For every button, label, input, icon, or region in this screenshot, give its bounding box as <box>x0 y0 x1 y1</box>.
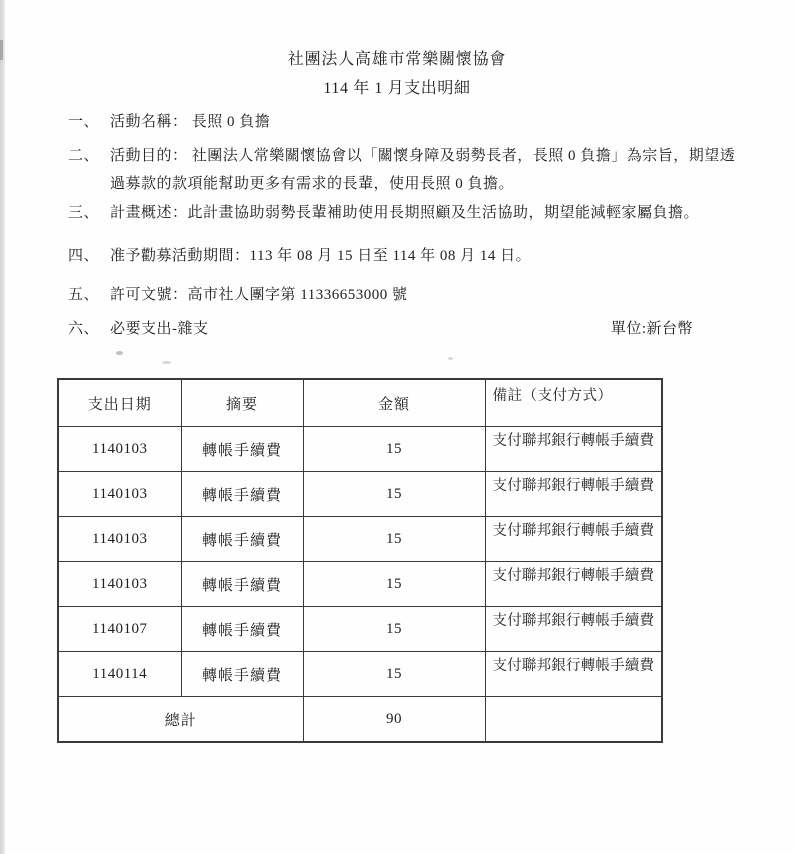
cell-summary: 轉帳手續費 <box>181 517 303 562</box>
item-text: 許可文號：高市社人團字第 11336653000 號 <box>110 281 407 309</box>
table-header-row: 支出日期 摘要 金額 備註（支付方式） <box>58 379 662 427</box>
item-text: 准予勸募活動期間：113 年 08 月 15 日至 114 年 08 月 14 … <box>110 242 531 270</box>
cell-summary: 轉帳手續費 <box>181 607 303 652</box>
item-marker: 一、 <box>68 108 110 136</box>
col-header-summary: 摘要 <box>181 379 303 427</box>
cell-date: 1140103 <box>58 427 181 472</box>
list-item-activity-purpose: 二、 活動目的： 社團法人常樂關懷協會以「關懷身障及弱勢長者，長照 0 負擔」為… <box>68 142 735 198</box>
cell-amount: 15 <box>303 562 485 607</box>
cell-remark: 支付聯邦銀行轉帳手續費 <box>485 472 662 517</box>
col-header-remark: 備註（支付方式） <box>485 379 662 427</box>
table-row: 1140103 轉帳手續費 15 支付聯邦銀行轉帳手續費 <box>58 427 662 472</box>
item-marker: 六、 <box>68 315 110 343</box>
cell-summary: 轉帳手續費 <box>181 562 303 607</box>
table-row: 1140103 轉帳手續費 15 支付聯邦銀行轉帳手續費 <box>58 517 662 562</box>
scan-speck-artifact <box>116 351 123 355</box>
cell-amount: 15 <box>303 517 485 562</box>
list-item-permit-number: 五、 許可文號：高市社人團字第 11336653000 號 <box>68 281 407 309</box>
document-subtitle: 114 年 1 月支出明細 <box>0 79 794 99</box>
cell-date: 1140103 <box>58 562 181 607</box>
cell-amount: 15 <box>303 427 485 472</box>
cell-remark: 支付聯邦銀行轉帳手續費 <box>485 607 662 652</box>
cell-amount: 15 <box>303 652 485 697</box>
document-page: 社團法人高雄市常樂關懷協會 114 年 1 月支出明細 一、 活動名稱： 長照 … <box>0 0 794 854</box>
list-item-necessary-expense: 六、 必要支出-雜支 <box>68 315 209 343</box>
list-item-fundraising-period: 四、 准予勸募活動期間：113 年 08 月 15 日至 114 年 08 月 … <box>68 242 531 270</box>
cell-remark: 支付聯邦銀行轉帳手續費 <box>485 517 662 562</box>
document-title: 社團法人高雄市常樂關懷協會 <box>0 50 794 70</box>
item-text: 活動目的： 社團法人常樂關懷協會以「關懷身障及弱勢長者，長照 0 負擔」為宗旨，… <box>110 142 735 198</box>
cell-total-amount: 90 <box>303 697 485 743</box>
cell-remark: 支付聯邦銀行轉帳手續費 <box>485 652 662 697</box>
cell-amount: 15 <box>303 607 485 652</box>
currency-unit-label: 單位:新台幣 <box>611 315 693 343</box>
table-row: 1140107 轉帳手續費 15 支付聯邦銀行轉帳手續費 <box>58 607 662 652</box>
scan-speck-artifact <box>162 361 171 364</box>
table-row: 1140103 轉帳手續費 15 支付聯邦銀行轉帳手續費 <box>58 562 662 607</box>
col-header-amount: 金額 <box>303 379 485 427</box>
cell-date: 1140103 <box>58 472 181 517</box>
item-text: 必要支出-雜支 <box>110 315 209 343</box>
cell-total-remark <box>485 697 662 743</box>
cell-amount: 15 <box>303 472 485 517</box>
item-marker: 二、 <box>68 142 110 198</box>
scan-edge-artifact <box>0 0 5 854</box>
table-row: 1140103 轉帳手續費 15 支付聯邦銀行轉帳手續費 <box>58 472 662 517</box>
col-header-date: 支出日期 <box>58 379 181 427</box>
cell-summary: 轉帳手續費 <box>181 472 303 517</box>
item-marker: 四、 <box>68 242 110 270</box>
cell-summary: 轉帳手續費 <box>181 427 303 472</box>
scan-speck-artifact <box>448 357 453 360</box>
cell-summary: 轉帳手續費 <box>181 652 303 697</box>
cell-remark: 支付聯邦銀行轉帳手續費 <box>485 427 662 472</box>
item-text: 計畫概述：此計畫協助弱勢長輩補助使用長期照顧及生活協助，期望能減輕家屬負擔。 <box>110 199 699 227</box>
table-row: 1140114 轉帳手續費 15 支付聯邦銀行轉帳手續費 <box>58 652 662 697</box>
item-marker: 五、 <box>68 281 110 309</box>
cell-remark: 支付聯邦銀行轉帳手續費 <box>485 562 662 607</box>
item-marker: 三、 <box>68 199 110 227</box>
item-text: 活動名稱： 長照 0 負擔 <box>110 108 270 136</box>
cell-total-label: 總計 <box>58 697 303 743</box>
cell-date: 1140103 <box>58 517 181 562</box>
cell-date: 1140114 <box>58 652 181 697</box>
cell-date: 1140107 <box>58 607 181 652</box>
list-item-activity-name: 一、 活動名稱： 長照 0 負擔 <box>68 108 270 136</box>
expense-table: 支出日期 摘要 金額 備註（支付方式） 1140103 轉帳手續費 15 支付聯… <box>57 378 663 743</box>
table-total-row: 總計 90 <box>58 697 662 743</box>
list-item-plan-summary: 三、 計畫概述：此計畫協助弱勢長輩補助使用長期照顧及生活協助，期望能減輕家屬負擔… <box>68 199 699 227</box>
